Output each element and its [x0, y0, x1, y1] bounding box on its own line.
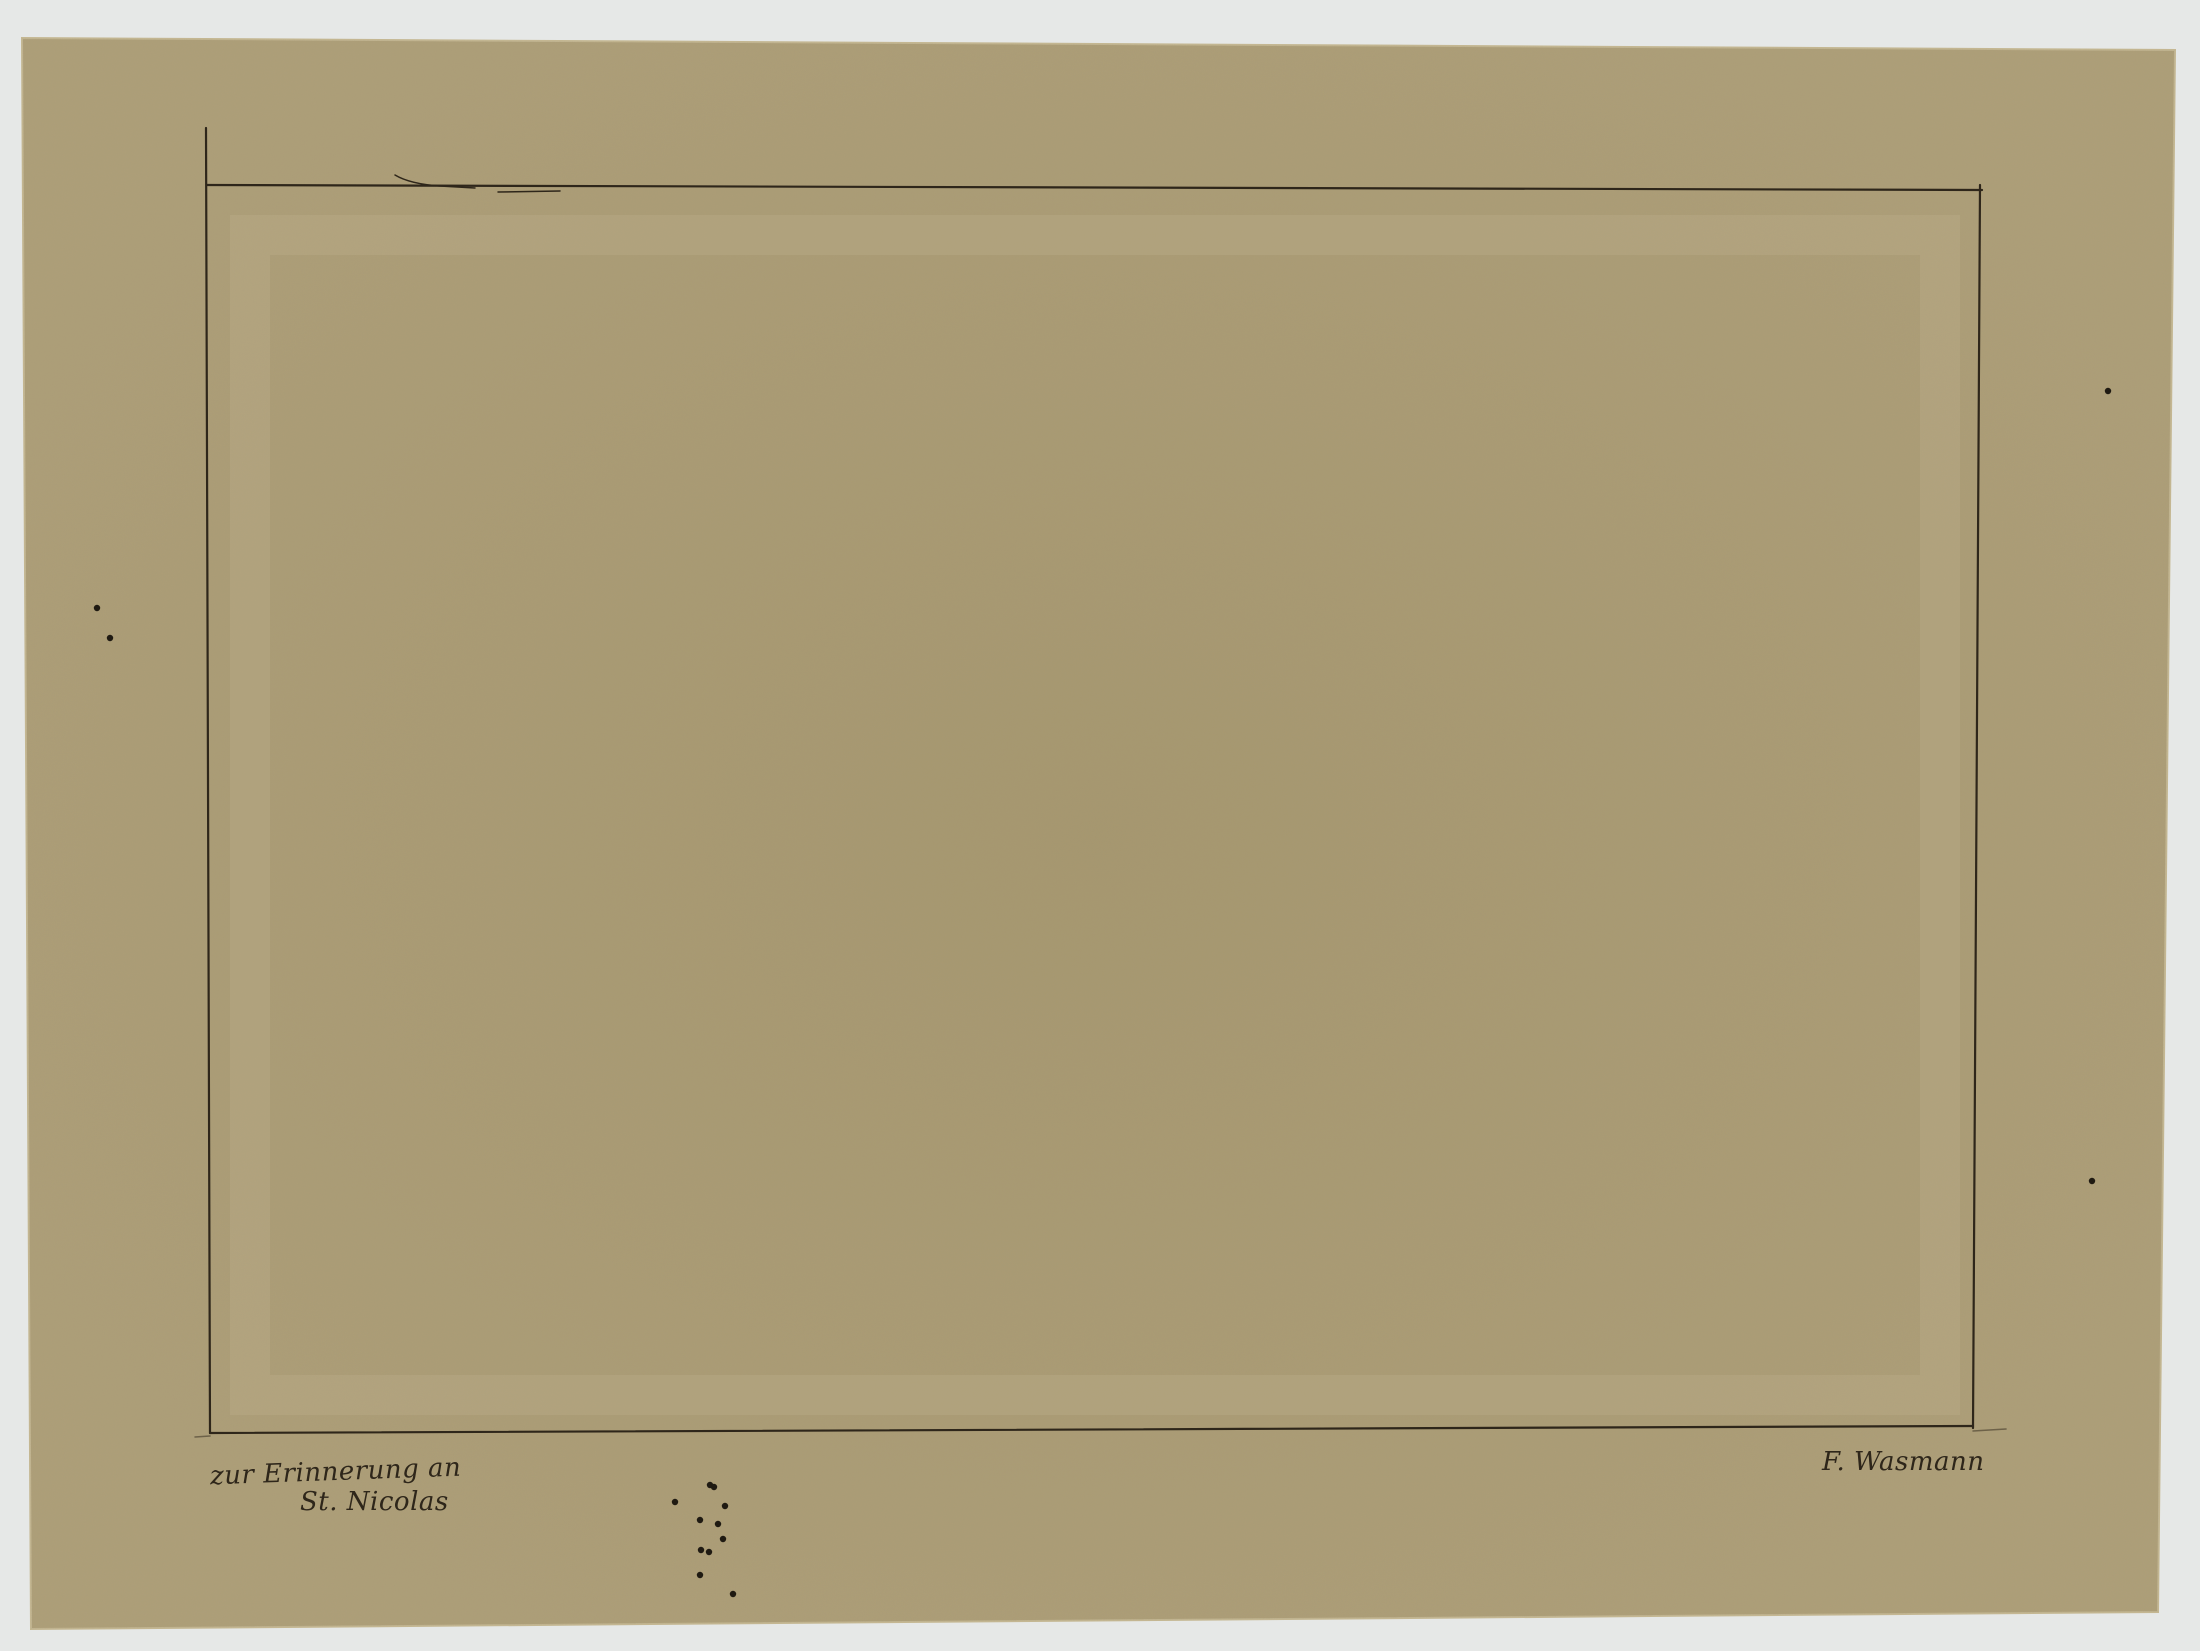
- ink-dot: [722, 1503, 728, 1509]
- frame-bottom-extension: [195, 1436, 210, 1437]
- ink-dot: [2105, 388, 2111, 394]
- ink-dot: [107, 635, 113, 641]
- inscription-line-2: St. Nicolas: [300, 1487, 449, 1517]
- ink-dot: [730, 1591, 736, 1597]
- ink-dot: [94, 605, 100, 611]
- ink-dot: [715, 1521, 721, 1527]
- artist-signature: F. Wasmann: [1822, 1447, 1984, 1477]
- ink-dot: [697, 1517, 703, 1523]
- ink-dot: [711, 1484, 717, 1490]
- paper-sheet: [0, 0, 2200, 1651]
- ink-dot: [697, 1572, 703, 1578]
- ink-dot: [706, 1549, 712, 1555]
- ink-dot: [672, 1499, 678, 1505]
- ink-dot: [2089, 1178, 2095, 1184]
- frame-top-double-stroke: [498, 191, 560, 192]
- ink-dot: [720, 1536, 726, 1542]
- ink-dot: [698, 1547, 704, 1553]
